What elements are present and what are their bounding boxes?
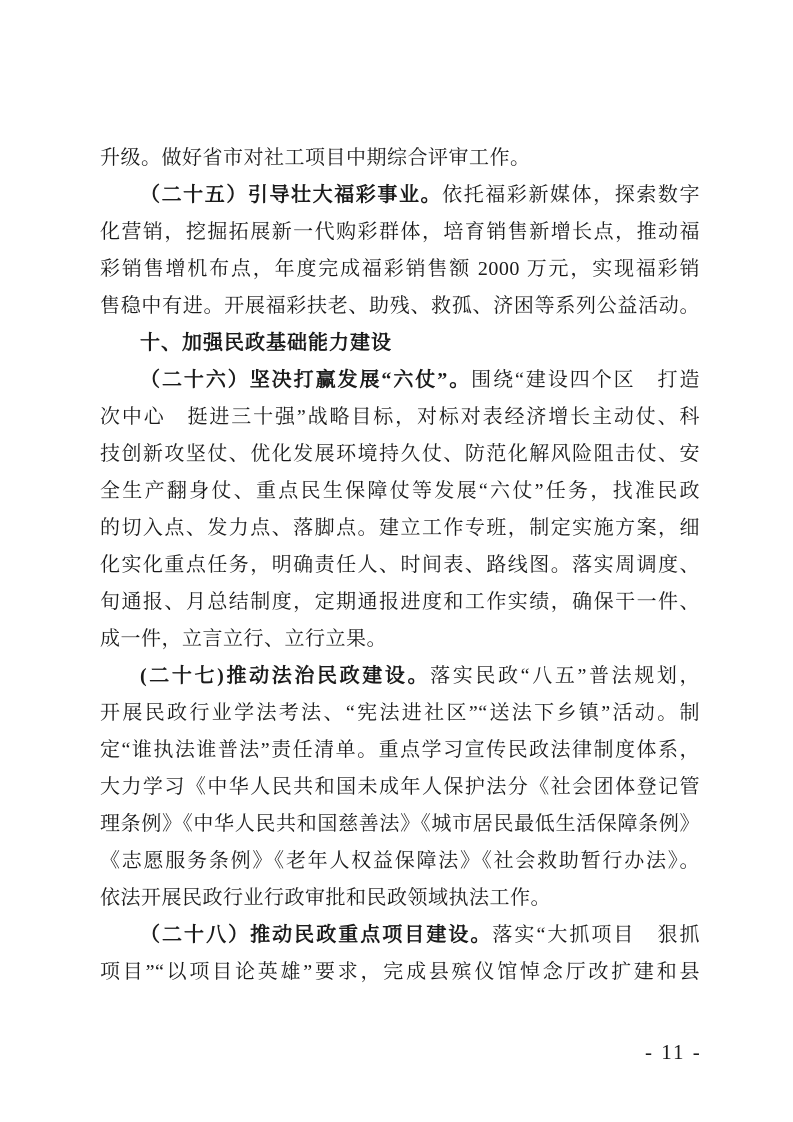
bold-lead: （二十八）推动民政重点项目建设。 <box>140 924 492 946</box>
document-page: 升级。做好省市对社工项目中期综合评审工作。（二十五）引导壮大福彩事业。依托福彩新… <box>0 0 793 1122</box>
bold-lead: （二十六）坚决打赢发展“六仗”。 <box>140 369 471 391</box>
text-line: 项目”“以项目论英雄”要求，完成县殡仪馆悼念厅改扩建和县 <box>100 954 700 991</box>
line-text: 售稳中有进。开展福彩扶老、助残、救孤、济困等系列公益活动。 <box>100 295 700 317</box>
line-text: 化营销，挖掘拓展新一代购彩群体，培育销售新增长点，推动福 <box>100 221 700 243</box>
line-text: 彩销售增机布点，年度完成福彩销售额 2000 万元，实现福彩销 <box>100 258 700 280</box>
text-line: （二十八）推动民政重点项目建设。落实“大抓项目 狠抓 <box>100 917 700 954</box>
text-line: 定“谁执法谁普法”责任清单。重点学习宣传民政法律制度体系， <box>100 732 700 769</box>
line-text: 技创新攻坚仗、优化发展环境持久仗、防范化解风险阻击仗、安 <box>100 443 700 465</box>
line-text: 理条例》《中华人民共和国慈善法》《城市居民最低生活保障条例》 <box>100 813 700 835</box>
text-line: 次中心 挺进三十强”战略目标，对标对表经济增长主动仗、科 <box>100 399 700 436</box>
text-line: (二十七)推动法治民政建设。落实民政“八五”普法规划， <box>100 658 700 695</box>
bold-lead: (二十七)推动法治民政建设。 <box>140 665 430 687</box>
line-text: 化实化重点任务，明确责任人、时间表、路线图。落实周调度、 <box>100 554 700 576</box>
line-text: 大力学习《中华人民共和国未成年人保护法分《社会团体登记管 <box>100 776 700 798</box>
text-line: 开展民政行业学法考法、“宪法进社区”“送法下乡镇”活动。制 <box>100 695 700 732</box>
text-line: 的切入点、发力点、落脚点。建立工作专班，制定实施方案，细 <box>100 510 700 547</box>
text-line: （二十五）引导壮大福彩事业。依托福彩新媒体，探索数字 <box>100 177 700 214</box>
text-line: 大力学习《中华人民共和国未成年人保护法分《社会团体登记管 <box>100 769 700 806</box>
text-line: 升级。做好省市对社工项目中期综合评审工作。 <box>100 140 700 177</box>
section-heading: 十、加强民政基础能力建设 <box>100 325 700 362</box>
line-text: 落实“大抓项目 狠抓 <box>492 924 700 946</box>
text-line: （二十六）坚决打赢发展“六仗”。围绕“建设四个区 打造 <box>100 362 700 399</box>
text-line: 《志愿服务条例》《老年人权益保障法》《社会救助暂行办法》。 <box>100 843 700 880</box>
line-text: 旬通报、月总结制度，定期通报进度和工作实绩，确保干一件、 <box>100 591 700 613</box>
line-text: 依法开展民政行业行政审批和民政领域执法工作。 <box>100 887 551 909</box>
text-line: 旬通报、月总结制度，定期通报进度和工作实绩，确保干一件、 <box>100 584 700 621</box>
line-text: 次中心 挺进三十强”战略目标，对标对表经济增长主动仗、科 <box>100 406 700 428</box>
line-text: 项目”“以项目论英雄”要求，完成县殡仪馆悼念厅改扩建和县 <box>100 961 700 983</box>
document-body: 升级。做好省市对社工项目中期综合评审工作。（二十五）引导壮大福彩事业。依托福彩新… <box>100 140 700 991</box>
text-line: 理条例》《中华人民共和国慈善法》《城市居民最低生活保障条例》 <box>100 806 700 843</box>
line-text: 开展民政行业学法考法、“宪法进社区”“送法下乡镇”活动。制 <box>100 702 700 724</box>
line-text: 落实民政“八五”普法规划， <box>430 665 700 687</box>
line-text: 升级。做好省市对社工项目中期综合评审工作。 <box>100 147 531 169</box>
text-line: 全生产翻身仗、重点民生保障仗等发展“六仗”任务，找准民政 <box>100 473 700 510</box>
line-text: 定“谁执法谁普法”责任清单。重点学习宣传民政法律制度体系， <box>100 739 700 761</box>
line-text: 成一件，立言立行、立行立果。 <box>100 628 387 650</box>
text-line: 成一件，立言立行、立行立果。 <box>100 621 700 658</box>
text-line: 依法开展民政行业行政审批和民政领域执法工作。 <box>100 880 700 917</box>
text-line: 售稳中有进。开展福彩扶老、助残、救孤、济困等系列公益活动。 <box>100 288 700 325</box>
text-line: 化营销，挖掘拓展新一代购彩群体，培育销售新增长点，推动福 <box>100 214 700 251</box>
text-line: 化实化重点任务，明确责任人、时间表、路线图。落实周调度、 <box>100 547 700 584</box>
line-text: 的切入点、发力点、落脚点。建立工作专班，制定实施方案，细 <box>100 517 700 539</box>
bold-lead: （二十五）引导壮大福彩事业。 <box>140 184 442 206</box>
text-line: 技创新攻坚仗、优化发展环境持久仗、防范化解风险阻击仗、安 <box>100 436 700 473</box>
page-number: - 11 - <box>645 1040 702 1065</box>
line-text: 全生产翻身仗、重点民生保障仗等发展“六仗”任务，找准民政 <box>100 480 700 502</box>
line-text: 《志愿服务条例》《老年人权益保障法》《社会救助暂行办法》。 <box>100 850 700 872</box>
heading-text: 十、加强民政基础能力建设 <box>140 332 392 354</box>
line-text: 围绕“建设四个区 打造 <box>471 369 700 391</box>
line-text: 依托福彩新媒体，探索数字 <box>442 184 700 206</box>
text-line: 彩销售增机布点，年度完成福彩销售额 2000 万元，实现福彩销 <box>100 251 700 288</box>
